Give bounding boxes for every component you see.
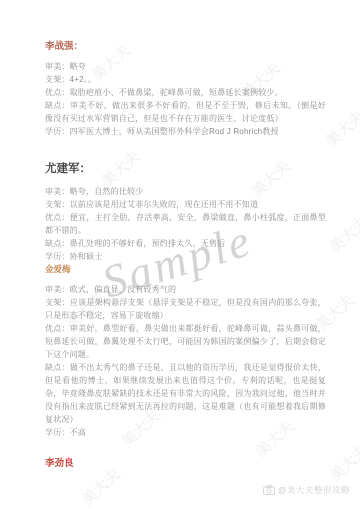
field-value: 便宜，主打全肋，存活率高，安全，鼻梁做直，鼻小柱弧度，正面鼻型都不错的。: [45, 213, 326, 235]
field-row: 支架：应该是架构悬浮支架（悬浮支架是不稳定，但是没有国内的那么夸张，只是形态不稳…: [45, 296, 326, 322]
field-label: 学历：: [45, 252, 70, 261]
field-label: 学历：: [45, 127, 70, 136]
tile-watermark: 美大夫: [321, 106, 360, 152]
field-row: 缺点：做不出太秀气的鼻子还是，且以他的资历学历，我还是觉得报价太快，但是看他的博…: [45, 361, 326, 426]
weibo-watermark: @美大夫整形攻略: [263, 484, 350, 496]
doctor-section-4: 李劲良: [45, 455, 326, 469]
field-label: 缺点：: [45, 101, 70, 110]
field-value: 审美好，鼻型好看，鼻尖做出来都挺好看，驼峰鼻可做，蒜头鼻可做，短鼻延长可做，鼻翼…: [45, 324, 326, 359]
field-label: 审美：: [45, 187, 70, 196]
tile-watermark: 美大夫: [77, 464, 125, 509]
field-label: 支架：: [45, 298, 70, 307]
field-value: 略夸: [70, 62, 86, 71]
field-label: 优点：: [45, 213, 70, 222]
field-row: 缺点：审美不好，做出来很多不好看的，但是不至于毁，修后未知。（倒是好像没有买过水…: [45, 99, 326, 125]
field-value: 不高: [70, 428, 86, 437]
field-value: 做不出太秀气的鼻子还是，且以他的资历学历，我还是觉得报价太快，但是看他的博士，如…: [45, 363, 326, 424]
field-label: 缺点：: [45, 239, 70, 248]
field-row: 学历：不高: [45, 426, 326, 439]
doctor-name: 李劲良: [45, 455, 326, 469]
field-row: 优点：审美好，鼻型好看，鼻尖做出来都挺好看，驼峰鼻可做，蒜头鼻可做，短鼻延长可做…: [45, 322, 326, 361]
camera-icon: [263, 485, 275, 495]
field-row: 审美：欧式，偏直显，没有较秀气的: [45, 283, 326, 296]
doctor-section-2: 尤建军： 审美：略夸，自然的比较少 支架：以前应该是用过艾菲尔失败的，现在还用不…: [45, 160, 326, 263]
field-value: 4+2。。: [70, 75, 97, 84]
field-label: 缺点：: [45, 363, 70, 372]
field-value: 协和硕士: [70, 252, 103, 261]
field-label: 优点：: [45, 88, 70, 97]
field-row: 缺点：鼻孔处理的不够好看，预约排太久，无售后: [45, 237, 326, 250]
tile-watermark: 美大夫: [325, 440, 360, 486]
doctor-section-1: 李战强： 审美：略夸 支架：4+2。。 优点：取肋疤痕小、不做鼻梁，驼峰鼻可做，…: [45, 38, 326, 138]
field-label: 审美：: [45, 62, 70, 71]
field-value: 以前应该是用过艾菲尔失败的，现在还用不用不知道: [70, 200, 259, 209]
field-row: 学历：协和硕士: [45, 250, 326, 263]
field-label: 审美：: [45, 285, 70, 294]
field-value: 欧式，偏直显，没有较秀气的: [70, 285, 177, 294]
field-row: 审美：略夸，自然的比较少: [45, 185, 326, 198]
field-label: 支架：: [45, 75, 70, 84]
field-value: 取肋疤痕小、不做鼻梁，驼峰鼻可做，短鼻延长案例较少。: [70, 88, 283, 97]
field-label: 优点：: [45, 324, 70, 333]
tile-watermark: 美大夫: [325, 212, 360, 258]
doctor-name: 尤建军：: [45, 160, 326, 176]
doctor-name: 李战强：: [45, 38, 326, 52]
field-value: 应该是架构悬浮支架（悬浮支架是不稳定，但是没有国内的那么夸张，只是形态不稳定，容…: [45, 298, 326, 320]
field-row: 支架：以前应该是用过艾菲尔失败的，现在还用不用不知道: [45, 198, 326, 211]
field-value: 审美不好，做出来很多不好看的，但是不至于毁，修后未知。（倒是好像没有买过水军营销…: [45, 101, 326, 123]
field-row: 审美：略夸: [45, 60, 326, 73]
field-value: 鼻孔处理的不够好看，预约排太久，无售后: [70, 239, 226, 248]
field-label: 学历：: [45, 428, 70, 437]
field-row: 优点：便宜，主打全肋，存活率高，安全，鼻梁做直，鼻小柱弧度，正面鼻型都不错的。: [45, 211, 326, 237]
field-row: 优点：取肋疤痕小、不做鼻梁，驼峰鼻可做，短鼻延长案例较少。: [45, 86, 326, 99]
field-row: 支架：4+2。。: [45, 73, 326, 86]
document-page: 美大夫 美大夫 美大夫 美大夫 美大夫 美大夫 美大夫 美大夫 美大夫 美大夫 …: [0, 0, 360, 509]
field-value: 四军医大博士，师从美国整形外科学会Rod J Rohrich教授: [70, 127, 279, 136]
field-label: 支架：: [45, 200, 70, 209]
doctor-name: 金爱梅: [45, 263, 326, 275]
doctor-section-3: 金爱梅 审美：欧式，偏直显，没有较秀气的 支架：应该是架构悬浮支架（悬浮支架是不…: [45, 263, 326, 439]
field-value: 略夸，自然的比较少: [70, 187, 144, 196]
weibo-watermark-text: @美大夫整形攻略: [278, 484, 350, 496]
field-row: 学历：四军医大博士，师从美国整形外科学会Rod J Rohrich教授: [45, 125, 326, 138]
